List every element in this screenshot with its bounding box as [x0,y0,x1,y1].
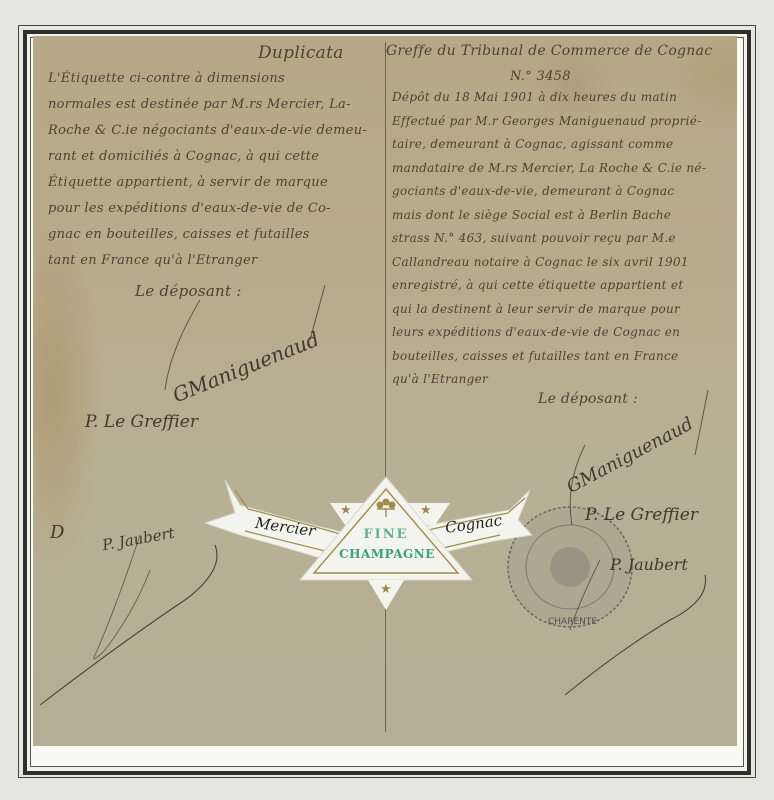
duplicata-title: Duplicata [258,40,344,66]
column-divider [385,42,386,732]
right-line: gociants d'eaux-de-vie, demeurant à Cogn… [392,180,706,204]
right-line: leurs expéditions d'eaux-de-vie de Cogna… [392,321,706,345]
signature-flourish [160,280,340,410]
right-line: qui la destinent à leur servir de marque… [392,298,706,322]
left-greffier-signature: P. Le Greffier [85,412,198,432]
right-jaubert-flourish [560,540,710,700]
star-icon: ★ [420,503,432,518]
left-line: tant en France qu'à l'Etranger [48,248,367,274]
star-icon: ★ [340,503,352,518]
right-line: strass N.° 463, suivant pouvoir reçu par… [392,227,706,251]
right-line: bouteilles, caisses et futailles tant en… [392,345,706,369]
left-line: Roche & C.ie négociants d'eaux-de-vie de… [48,118,367,144]
right-line: Callandreau notaire à Cognac le six avri… [392,251,706,275]
left-line: normales est destinée par M.rs Mercier, … [48,92,367,118]
cognac-label: ★ ★ ★ Mercier Cognac FINE CHAMPAGNE [200,465,535,615]
right-line: mais dont le siège Social est à Berlin B… [392,204,706,228]
right-line: mandataire de M.rs Mercier, La Roche & C… [392,157,706,181]
left-line: gnac en bouteilles, caisses et futailles [48,222,367,248]
right-greffier-signature: P. Le Greffier [585,505,698,525]
right-line: Effectué par M.r Georges Maniguenaud pro… [392,110,706,134]
left-line: rant et domiciliés à Cognac, à qui cette [48,144,367,170]
star-icon: ★ [380,582,392,597]
left-column-text: L'Étiquette ci-contre à dimensions norma… [48,66,367,274]
right-column-text: Dépôt du 18 Mai 1901 à dix heures du mat… [392,86,706,392]
right-line: taire, demeurant à Cognac, agissant comm… [392,133,706,157]
right-line: Dépôt du 18 Mai 1901 à dix heures du mat… [392,86,706,110]
right-line: enregistré, à qui cette étiquette appart… [392,274,706,298]
left-line: L'Étiquette ci-contre à dimensions [48,66,367,92]
label-champagne: CHAMPAGNE [335,547,439,561]
court-header: Greffe du Tribunal de Commerce de Cognac [386,38,712,64]
left-line: Étiquette appartient, à servir de marque [48,170,367,196]
label-fine: FINE [361,527,411,542]
left-line: pour les expéditions d'eaux-de-vie de Co… [48,196,367,222]
jaubert-flourish [35,530,225,710]
